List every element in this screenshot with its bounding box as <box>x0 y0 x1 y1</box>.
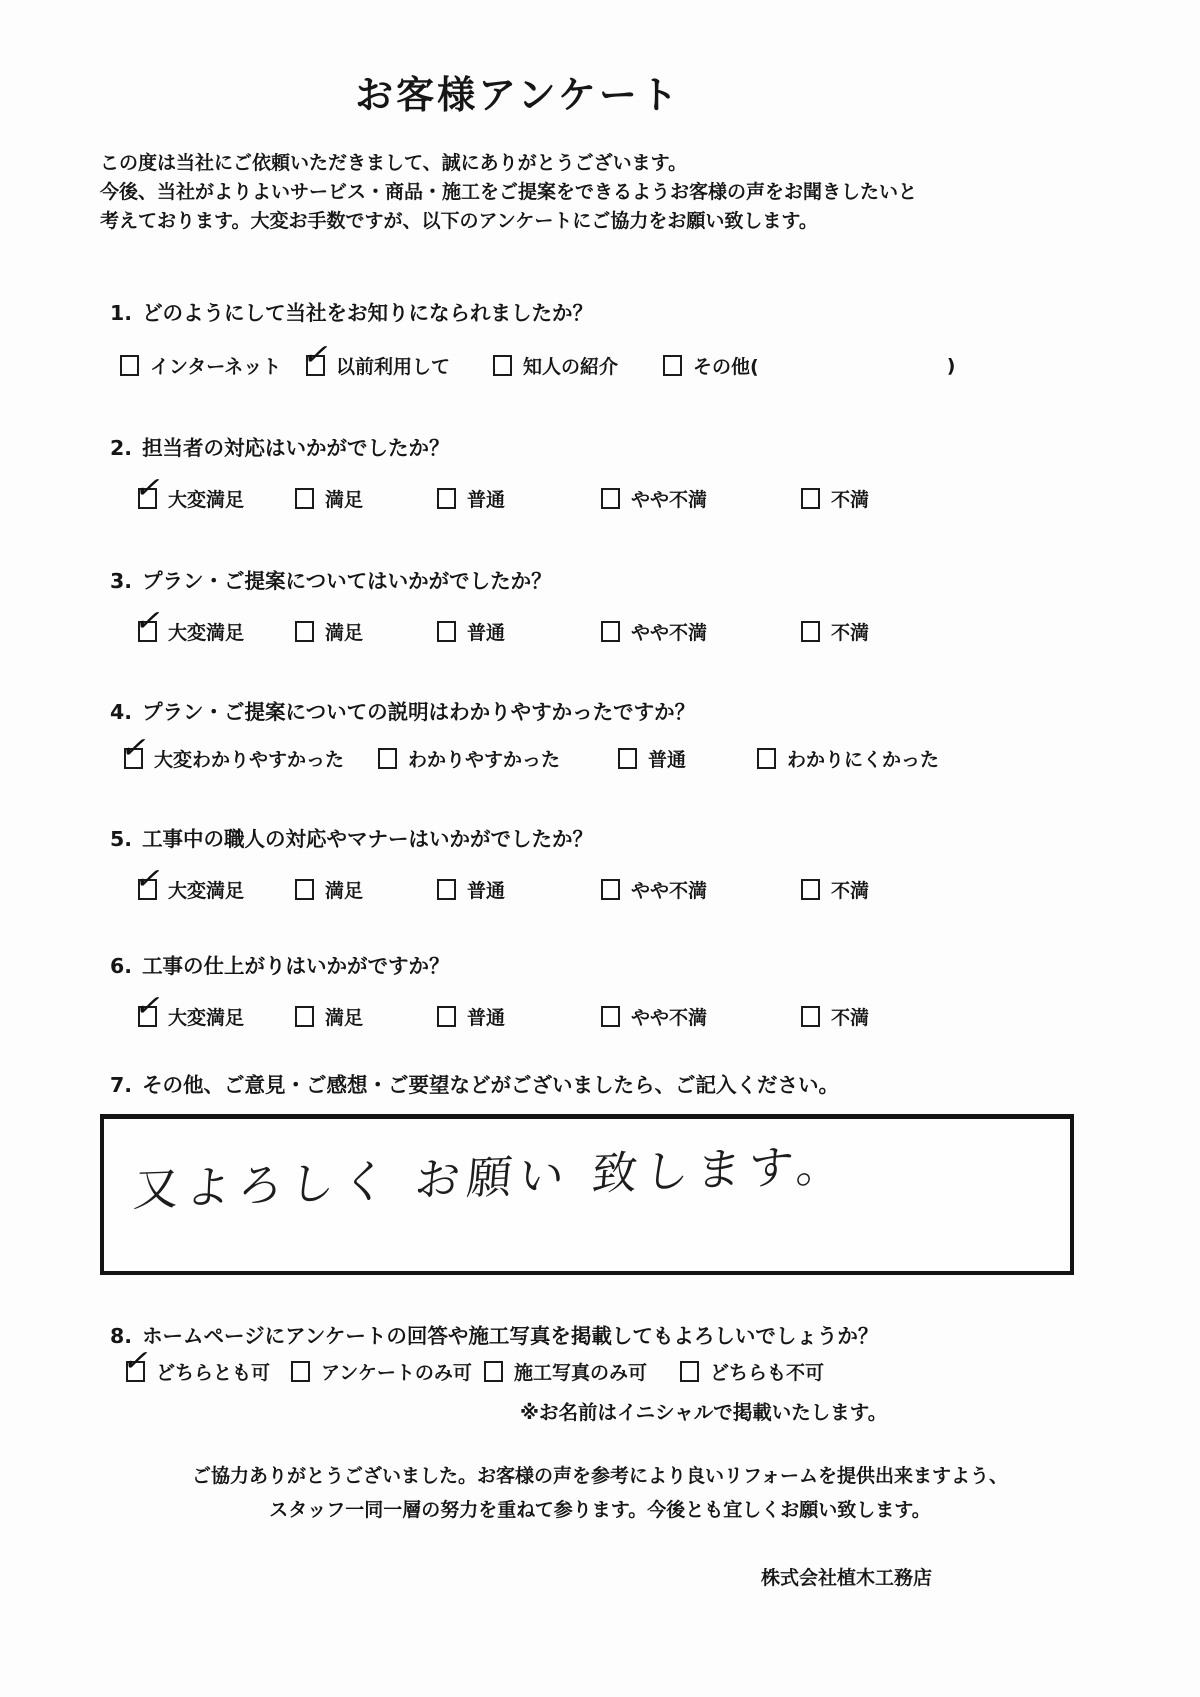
checkbox-unchecked[interactable] <box>295 488 314 509</box>
intro-line-1: この度は当社にご依頼いただきまして、誠にありがとうございます。 <box>100 149 1100 178</box>
question-6-title: 6.工事の仕上がりはいかがですか？ <box>110 949 1100 979</box>
comment-box[interactable]: 又よろしく お願い 致します。 <box>100 1114 1074 1275</box>
q4-option-4[interactable]: わかりにくかった <box>757 745 939 772</box>
checkbox-checked[interactable]: ✓ <box>138 879 157 900</box>
question-3-title: 3.プラン・ご提案についてはいかがでしたか？ <box>110 564 1100 594</box>
intro-paragraph: この度は当社にご依頼いただきまして、誠にありがとうございます。 今後、当社がより… <box>100 149 1100 236</box>
q2-option-4[interactable]: やや不満 <box>601 485 801 512</box>
q2-option-3[interactable]: 普通 <box>437 485 601 512</box>
checkmark-icon: ✓ <box>132 863 166 896</box>
checkbox-unchecked[interactable] <box>378 748 397 769</box>
option-label: 普通 <box>648 745 686 772</box>
option-label: 大変満足 <box>168 1003 244 1030</box>
option-label: 大変満足 <box>168 876 244 903</box>
closing-paragraph: ご協力ありがとうございました。お客様の声を参考により良いリフォームを提供出来ます… <box>100 1459 1100 1527</box>
company-name: 株式会社植木工務店 <box>100 1563 1100 1590</box>
q6-option-5[interactable]: 不満 <box>801 1003 869 1030</box>
checkbox-unchecked[interactable] <box>757 748 776 769</box>
intro-line-2: 今後、当社がよりよいサービス・商品・施工をご提案をできるようお客様の声をお聞きし… <box>100 178 1100 207</box>
question-5-title: 5.工事中の職人の対応やマナーはいかがでしたか？ <box>110 822 1100 852</box>
q4-option-1[interactable]: ✓大変わかりやすかった <box>124 745 378 772</box>
option-label: 知人の紹介 <box>523 352 618 379</box>
question-number: 3. <box>110 569 132 593</box>
question-number: 6. <box>110 954 132 978</box>
question-8: 8.ホームページにアンケートの回答や施工写真を掲載してもよろしいでしょうか？✓ど… <box>100 1319 1100 1385</box>
q1-option-1[interactable]: インターネット <box>120 352 306 379</box>
option-label: 大変満足 <box>168 485 244 512</box>
question-7-title: 7.その他、ご意見・ご感想・ご要望などがございましたら、ご記入ください。 <box>110 1068 1100 1098</box>
question-3-options: ✓大変満足満足普通やや不満不満 <box>138 618 1100 645</box>
option-label: 大変満足 <box>168 618 244 645</box>
option-label: 普通 <box>467 618 505 645</box>
q6-option-1[interactable]: ✓大変満足 <box>138 1003 295 1030</box>
checkbox-unchecked[interactable] <box>601 488 620 509</box>
q5-option-5[interactable]: 不満 <box>801 876 869 903</box>
q3-option-5[interactable]: 不満 <box>801 618 869 645</box>
closing-line-1: ご協力ありがとうございました。お客様の声を参考により良いリフォームを提供出来ます… <box>100 1459 1100 1493</box>
q5-option-4[interactable]: やや不満 <box>601 876 801 903</box>
question-text: その他、ご意見・ご感想・ご要望などがございましたら、ご記入ください。 <box>142 1073 839 1097</box>
checkbox-unchecked[interactable] <box>680 1361 699 1382</box>
q2-option-2[interactable]: 満足 <box>295 485 437 512</box>
q1-option-2[interactable]: ✓以前利用して <box>306 352 493 379</box>
option-label: 普通 <box>467 485 505 512</box>
checkbox-unchecked[interactable] <box>437 488 456 509</box>
q5-option-2[interactable]: 満足 <box>295 876 437 903</box>
question-8-title: 8.ホームページにアンケートの回答や施工写真を掲載してもよろしいでしょうか？ <box>110 1319 1100 1349</box>
checkbox-unchecked[interactable] <box>437 1006 456 1027</box>
q3-option-4[interactable]: やや不満 <box>601 618 801 645</box>
q5-option-1[interactable]: ✓大変満足 <box>138 876 295 903</box>
intro-line-3: 考えております。大変お手数ですが、以下のアンケートにご協力をお願い致します。 <box>100 207 1100 236</box>
checkbox-checked[interactable]: ✓ <box>138 1006 157 1027</box>
option-label: 施工写真のみ可 <box>514 1358 647 1385</box>
question-2-options: ✓大変満足満足普通やや不満不満 <box>138 485 1100 512</box>
checkbox-unchecked[interactable] <box>801 488 820 509</box>
option-label: 満足 <box>325 485 363 512</box>
question-number: 4. <box>110 700 132 724</box>
question-text: プラン・ご提案についてはいかがでしたか？ <box>142 569 552 593</box>
checkbox-checked[interactable]: ✓ <box>138 488 157 509</box>
option-label: 以前利用して <box>336 352 450 379</box>
checkbox-unchecked[interactable] <box>493 355 512 376</box>
option-label: どちらも不可 <box>710 1358 824 1385</box>
option-label: やや不満 <box>631 618 707 645</box>
checkbox-unchecked[interactable] <box>618 748 637 769</box>
question-number: 1. <box>110 301 132 325</box>
question-4: 4.プラン・ご提案についての説明はわかりやすかったですか？✓大変わかりやすかった… <box>100 695 1100 772</box>
q6-option-4[interactable]: やや不満 <box>601 1003 801 1030</box>
q2-option-1[interactable]: ✓大変満足 <box>138 485 295 512</box>
checkbox-unchecked[interactable] <box>801 879 820 900</box>
question-1-title: 1.どのようにして当社をお知りになられましたか？ <box>110 296 1100 326</box>
option-label: わかりにくかった <box>787 745 939 772</box>
checkbox-checked[interactable]: ✓ <box>126 1361 145 1382</box>
option-label: 不満 <box>831 485 869 512</box>
checkbox-unchecked[interactable] <box>601 879 620 900</box>
closing-line-2: スタッフ一同一層の努力を重ねて参ります。今後とも宜しくお願い致します。 <box>100 1493 1100 1527</box>
checkbox-unchecked[interactable] <box>295 879 314 900</box>
question-2-title: 2.担当者の対応はいかがでしたか？ <box>110 431 1100 461</box>
question-text: どのようにして当社をお知りになられましたか？ <box>142 301 593 325</box>
checkbox-unchecked[interactable] <box>484 1361 503 1382</box>
header: お客様アンケート <box>100 0 1100 119</box>
question-text: 工事中の職人の対応やマナーはいかがでしたか？ <box>142 827 593 851</box>
q3-option-1[interactable]: ✓大変満足 <box>138 618 295 645</box>
publication-question-section: 8.ホームページにアンケートの回答や施工写真を掲載してもよろしいでしょうか？✓ど… <box>100 1319 1100 1385</box>
q8-option-3[interactable]: 施工写真のみ可 <box>484 1358 680 1385</box>
question-text: 工事の仕上がりはいかがですか？ <box>142 954 450 978</box>
question-5-options: ✓大変満足満足普通やや不満不満 <box>138 876 1100 903</box>
question-1: 1.どのようにして当社をお知りになられましたか？インターネット✓以前利用して知人… <box>100 296 1100 379</box>
q4-option-3[interactable]: 普通 <box>618 745 757 772</box>
checkbox-unchecked[interactable] <box>437 879 456 900</box>
option-label: やや不満 <box>631 876 707 903</box>
option-label: 不満 <box>831 876 869 903</box>
question-number: 5. <box>110 827 132 851</box>
checkbox-unchecked[interactable] <box>801 1006 820 1027</box>
checkmark-icon: ✓ <box>120 1345 154 1378</box>
question-7: 7.その他、ご意見・ご感想・ご要望などがございましたら、ご記入ください。 <box>100 1068 1100 1098</box>
option-label: その他( <box>693 352 759 379</box>
question-2: 2.担当者の対応はいかがでしたか？✓大変満足満足普通やや不満不満 <box>100 431 1100 512</box>
checkbox-unchecked[interactable] <box>801 621 820 642</box>
question-text: プラン・ご提案についての説明はわかりやすかったですか？ <box>142 700 695 724</box>
q3-option-2[interactable]: 満足 <box>295 618 437 645</box>
checkmark-icon: ✓ <box>132 990 166 1023</box>
checkbox-unchecked[interactable] <box>437 621 456 642</box>
q1-option-4[interactable]: その他() <box>663 352 955 379</box>
option-label: 満足 <box>325 618 363 645</box>
option-label: 満足 <box>325 876 363 903</box>
q8-option-1[interactable]: ✓どちらとも可 <box>126 1358 291 1385</box>
question-3: 3.プラン・ご提案についてはいかがでしたか？✓大変満足満足普通やや不満不満 <box>100 564 1100 645</box>
question-6-options: ✓大変満足満足普通やや不満不満 <box>138 1003 1100 1030</box>
question-6: 6.工事の仕上がりはいかがですか？✓大変満足満足普通やや不満不満 <box>100 949 1100 1030</box>
option-label: 不満 <box>831 1003 869 1030</box>
checkbox-unchecked[interactable] <box>291 1361 310 1382</box>
other-close-paren: ) <box>947 355 956 377</box>
checkmark-icon: ✓ <box>300 339 334 372</box>
checkmark-icon: ✓ <box>132 472 166 505</box>
option-label: 不満 <box>831 618 869 645</box>
question-1-options: インターネット✓以前利用して知人の紹介その他() <box>120 352 1100 379</box>
q3-option-3[interactable]: 普通 <box>437 618 601 645</box>
checkbox-unchecked[interactable] <box>295 1006 314 1027</box>
checkbox-unchecked[interactable] <box>601 621 620 642</box>
question-8-options: ✓どちらとも可アンケートのみ可施工写真のみ可どちらも不可 <box>126 1358 1100 1385</box>
question-4-title: 4.プラン・ご提案についての説明はわかりやすかったですか？ <box>110 695 1100 725</box>
q8-option-2[interactable]: アンケートのみ可 <box>291 1358 484 1385</box>
checkbox-unchecked[interactable] <box>295 621 314 642</box>
option-label: やや不満 <box>631 485 707 512</box>
question-number: 7. <box>110 1073 132 1097</box>
checkbox-checked[interactable]: ✓ <box>306 355 325 376</box>
q1-option-3[interactable]: 知人の紹介 <box>493 352 663 379</box>
option-label: わかりやすかった <box>408 745 560 772</box>
option-label: アンケートのみ可 <box>321 1358 472 1385</box>
option-label: 満足 <box>325 1003 363 1030</box>
q5-option-3[interactable]: 普通 <box>437 876 601 903</box>
option-label: インターネット <box>150 352 281 379</box>
checkmark-icon: ✓ <box>118 732 152 765</box>
option-label: 普通 <box>467 1003 505 1030</box>
q6-option-3[interactable]: 普通 <box>437 1003 601 1030</box>
questions-section: 1.どのようにして当社をお知りになられましたか？インターネット✓以前利用して知人… <box>100 296 1100 1098</box>
question-5: 5.工事中の職人の対応やマナーはいかがでしたか？✓大変満足満足普通やや不満不満 <box>100 822 1100 903</box>
question-text: 担当者の対応はいかがでしたか？ <box>142 436 450 460</box>
q2-option-5[interactable]: 不満 <box>801 485 869 512</box>
checkbox-checked[interactable]: ✓ <box>124 748 143 769</box>
checkbox-unchecked[interactable] <box>120 355 139 376</box>
checkbox-unchecked[interactable] <box>663 355 682 376</box>
q8-option-4[interactable]: どちらも不可 <box>680 1358 824 1385</box>
option-label: 普通 <box>467 876 505 903</box>
option-label: やや不満 <box>631 1003 707 1030</box>
q4-option-2[interactable]: わかりやすかった <box>378 745 618 772</box>
option-label: どちらとも可 <box>156 1358 270 1385</box>
handwritten-comment: 又よろしく お願い 致します。 <box>131 1128 851 1218</box>
survey-page: お客様アンケート この度は当社にご依頼いただきまして、誠にありがとうございます。… <box>0 0 1200 1697</box>
checkbox-unchecked[interactable] <box>601 1006 620 1027</box>
initials-note: ※お名前はイニシャルで掲載いたします。 <box>520 1397 1100 1425</box>
page-title: お客様アンケート <box>355 64 681 119</box>
option-label: 大変わかりやすかった <box>154 745 344 772</box>
question-number: 2. <box>110 436 132 460</box>
checkmark-icon: ✓ <box>132 605 166 638</box>
question-4-options: ✓大変わかりやすかったわかりやすかった普通わかりにくかった <box>124 745 1100 772</box>
checkbox-checked[interactable]: ✓ <box>138 621 157 642</box>
q6-option-2[interactable]: 満足 <box>295 1003 437 1030</box>
question-text: ホームページにアンケートの回答や施工写真を掲載してもよろしいでしょうか？ <box>142 1324 878 1348</box>
